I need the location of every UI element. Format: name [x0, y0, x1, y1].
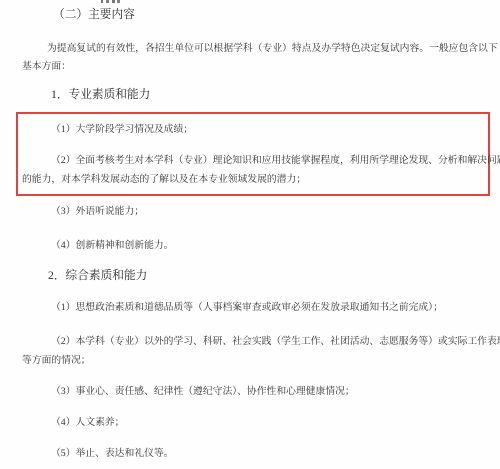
part2-item-3: （3）事业心、责任感、纪律性（遵纪守法）、协作性和心理健康情况；	[51, 385, 355, 398]
part1-item-2-line-1: （2）全面考核考生对本学科（专业）理论知识和应用技能掌握程度，利用所学理论发现、…	[51, 154, 500, 167]
part2-item-2-line-2: 等方面的情况；	[22, 354, 91, 367]
intro-paragraph-line-1: 为提高复试的有效性，各招生单位可以根据学科（专业）特点及办学特色决定复试内容。一…	[47, 42, 498, 55]
part1-item-1: （1）大学阶段学习情况及成绩；	[51, 123, 193, 136]
part1-item-2-line-2: 的能力，对本学科发展动态的了解以及在本专业领域发展的潜力；	[22, 173, 306, 186]
part2-item-2-line-1: （2）本学科（专业）以外的学习、科研、社会实践（学生工作、社团活动、志愿服务等）…	[51, 335, 500, 348]
part2-item-4: （4）人文素养；	[51, 416, 124, 429]
part1-item-4: （4）创新精神和创新能力。	[51, 239, 173, 252]
section-heading: （二）主要内容	[53, 7, 135, 22]
part2-title: 2．综合素质和能力	[48, 268, 147, 283]
cropped-text-fragment	[101, 0, 122, 3]
part1-item-3: （3）外语听说能力；	[51, 205, 144, 218]
part2-item-1: （1）思想政治素质和道德品质等（人事档案审查或政审必须在发放录取通知书之前完成）…	[51, 301, 443, 314]
document-page: （二）主要内容 为提高复试的有效性，各招生单位可以根据学科（专业）特点及办学特色…	[0, 0, 500, 469]
part1-title: 1．专业素质和能力	[51, 87, 150, 102]
intro-paragraph-line-2: 基本方面：	[22, 60, 71, 73]
part2-item-5: （5）举止、表达和礼仪等。	[51, 447, 173, 460]
